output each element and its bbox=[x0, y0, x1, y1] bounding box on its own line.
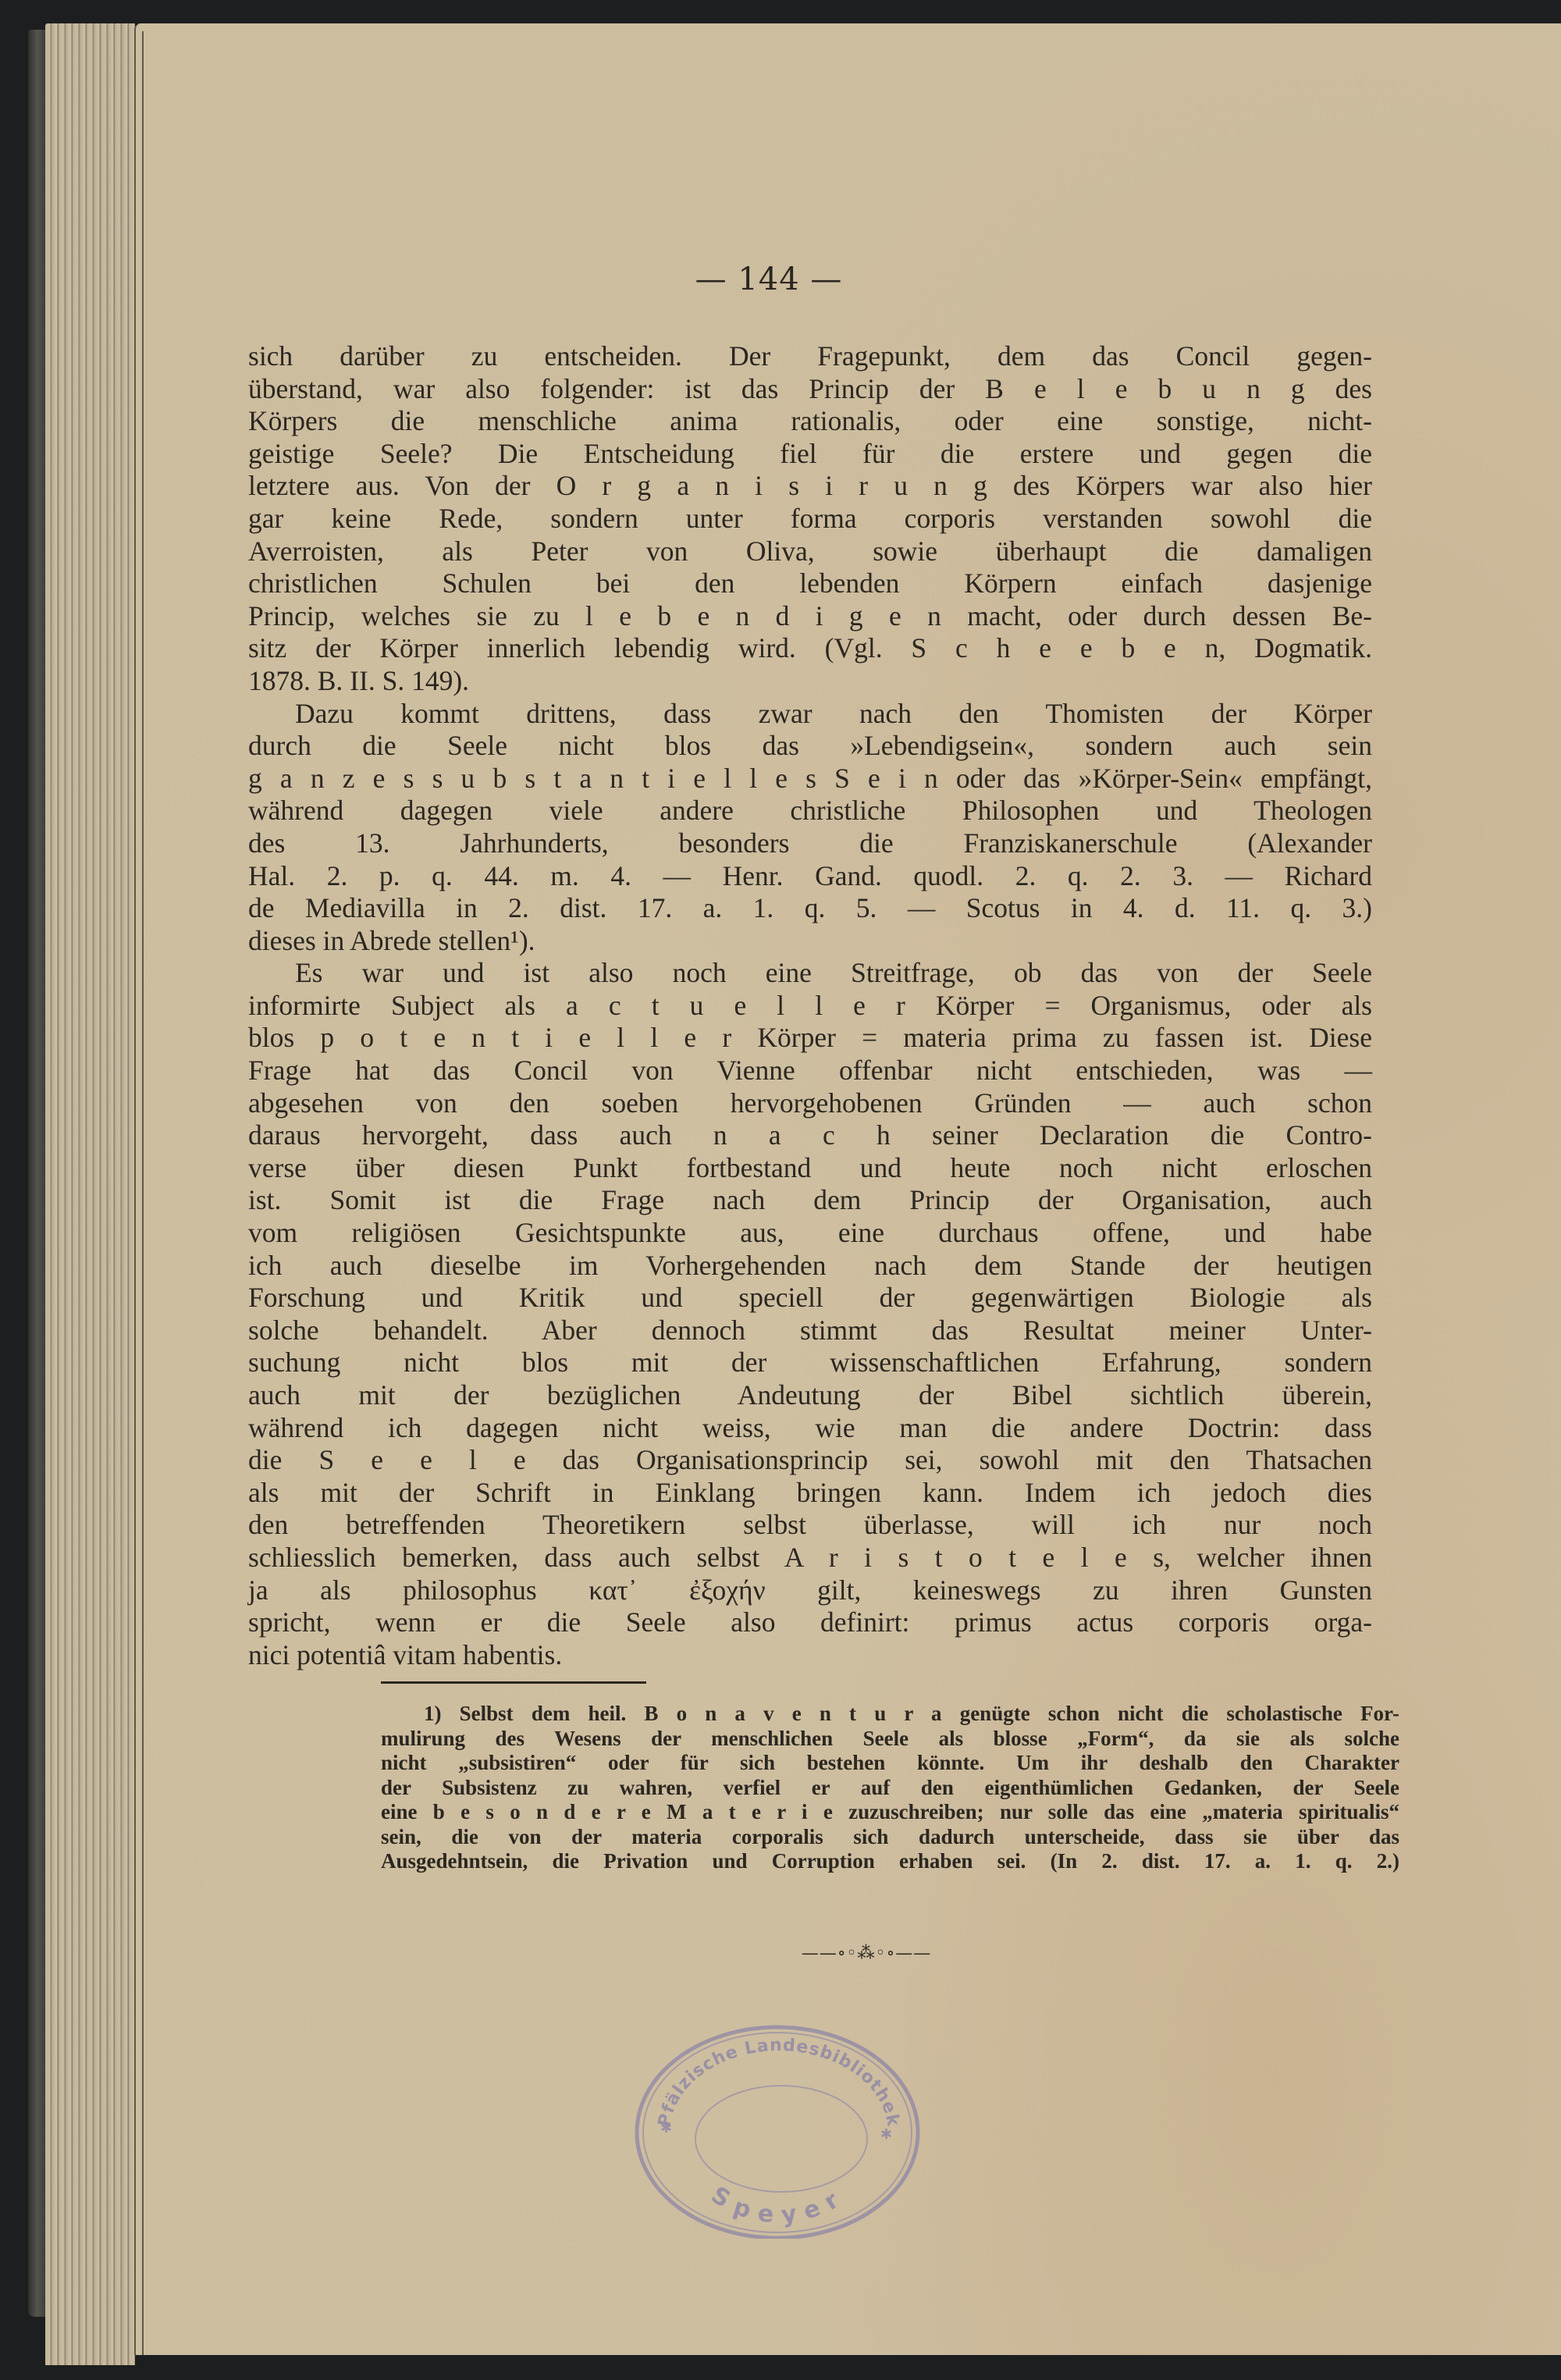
footnote-line: 1) Selbst dem heil. B o n a v e n t u r … bbox=[381, 1702, 1399, 1727]
text-line: g a n z e s s u b s t a n t i e l l e s … bbox=[248, 763, 1372, 795]
page-fold-line bbox=[142, 31, 144, 2355]
text-line: sich darüber zu entscheiden. Der Fragepu… bbox=[248, 340, 1372, 373]
page-number: — 144 — bbox=[0, 261, 1561, 297]
text-line: als mit der Schrift in Einklang bringen … bbox=[248, 1477, 1372, 1510]
text-line: spricht, wenn er die Seele also definirt… bbox=[248, 1606, 1372, 1639]
footnote-line: nicht „subsistiren“ oder für sich besteh… bbox=[381, 1751, 1399, 1776]
book-spine bbox=[28, 30, 47, 2317]
footnote-line: Ausgedehntsein, die Privation und Corrup… bbox=[381, 1849, 1399, 1874]
footnotes: 1) Selbst dem heil. B o n a v e n t u r … bbox=[381, 1702, 1399, 1874]
text-line: christlichen Schulen bei den lebenden Kö… bbox=[248, 567, 1372, 600]
text-line: des 13. Jahrhunderts, besonders die Fran… bbox=[248, 827, 1372, 860]
text-line: vom religiösen Gesichtspunkte aus, eine … bbox=[248, 1217, 1372, 1250]
stamp-icon: Pfälzische Landesbibliothek Speyer ✱ ✱ bbox=[631, 2015, 924, 2239]
footnote-line: der Subsistenz zu wahren, verfiel er auf… bbox=[381, 1776, 1399, 1801]
text-line: dieses in Abrede stellen¹). bbox=[248, 925, 1372, 958]
text-line: blos p o t e n t i e l l e r Körper = ma… bbox=[248, 1022, 1372, 1055]
text-line: daraus hervorgeht, dass auch n a c h sei… bbox=[248, 1119, 1372, 1152]
text-line: suchung nicht blos mit der wissenschaftl… bbox=[248, 1347, 1372, 1379]
text-line: de Mediavilla in 2. dist. 17. a. 1. q. 5… bbox=[248, 892, 1372, 925]
footnote-divider bbox=[381, 1681, 646, 1684]
text-line: Es war und ist also noch eine Streitfrag… bbox=[248, 957, 1372, 990]
text-line: Forschung und Kritik und speciell der ge… bbox=[248, 1282, 1372, 1315]
text-line: Körpers die menschliche anima rationalis… bbox=[248, 405, 1372, 438]
text-line: abgesehen von den soeben hervorgehobenen… bbox=[248, 1087, 1372, 1120]
text-line: letztere aus. Von der O r g a n i s i r … bbox=[248, 470, 1372, 503]
text-line: Princip, welches sie zu l e b e n d i g … bbox=[248, 600, 1372, 633]
text-line: Frage hat das Concil von Vienne offenbar… bbox=[248, 1055, 1372, 1087]
text-line: verse über diesen Punkt fortbestand und … bbox=[248, 1152, 1372, 1185]
body-text: sich darüber zu entscheiden. Der Fragepu… bbox=[248, 340, 1372, 1671]
text-line: den betreffenden Theoretikern selbst übe… bbox=[248, 1509, 1372, 1542]
page-leaves-edge bbox=[45, 23, 135, 2365]
svg-text:Speyer: Speyer bbox=[706, 2182, 852, 2229]
text-line: überstand, war also folgender: ist das P… bbox=[248, 373, 1372, 406]
svg-text:✱: ✱ bbox=[880, 2126, 892, 2143]
end-ornament: ——∘◦⁂◦∘—— bbox=[773, 1944, 960, 1963]
text-line: durch die Seele nicht blos das »Lebendig… bbox=[248, 730, 1372, 763]
text-line: gar keine Rede, sondern unter forma corp… bbox=[248, 503, 1372, 535]
svg-text:✱: ✱ bbox=[660, 2120, 672, 2136]
text-line: 1878. B. II. S. 149). bbox=[248, 665, 1372, 698]
text-line: Dazu kommt drittens, dass zwar nach den … bbox=[248, 698, 1372, 731]
text-line: nici potentiâ vitam habentis. bbox=[248, 1639, 1372, 1672]
text-line: geistige Seele? Die Entscheidung fiel fü… bbox=[248, 438, 1372, 471]
text-line: ist. Somit ist die Frage nach dem Princi… bbox=[248, 1184, 1372, 1217]
text-line: auch mit der bezüglichen Andeutung der B… bbox=[248, 1379, 1372, 1412]
text-line: während dagegen viele andere christliche… bbox=[248, 795, 1372, 827]
text-line: Hal. 2. p. q. 44. m. 4. — Henr. Gand. qu… bbox=[248, 860, 1372, 893]
text-line: sitz der Körper innerlich lebendig wird.… bbox=[248, 632, 1372, 665]
footnote-line: sein, die von der materia corporalis sic… bbox=[381, 1825, 1399, 1850]
footnote-line: mulirung des Wesens der menschlichen See… bbox=[381, 1727, 1399, 1752]
text-line: Averroisten, als Peter von Oliva, sowie … bbox=[248, 535, 1372, 568]
footnote-line: eine b e s o n d e r e M a t e r i e zuz… bbox=[381, 1800, 1399, 1825]
text-line: informirte Subject als a c t u e l l e r… bbox=[248, 990, 1372, 1023]
text-line: die S e e l e das Organisationsprincip s… bbox=[248, 1444, 1372, 1477]
text-line: schliesslich bemerken, dass auch selbst … bbox=[248, 1542, 1372, 1574]
text-line: solche behandelt. Aber dennoch stimmt da… bbox=[248, 1315, 1372, 1347]
library-stamp: Pfälzische Landesbibliothek Speyer ✱ ✱ bbox=[631, 2015, 924, 2239]
text-line: ich auch dieselbe im Vorhergehenden nach… bbox=[248, 1250, 1372, 1282]
text-line: während ich dagegen nicht weiss, wie man… bbox=[248, 1412, 1372, 1445]
text-line: ja als philosophus κατ᾽ ἐξοχήν gilt, kei… bbox=[248, 1574, 1372, 1607]
